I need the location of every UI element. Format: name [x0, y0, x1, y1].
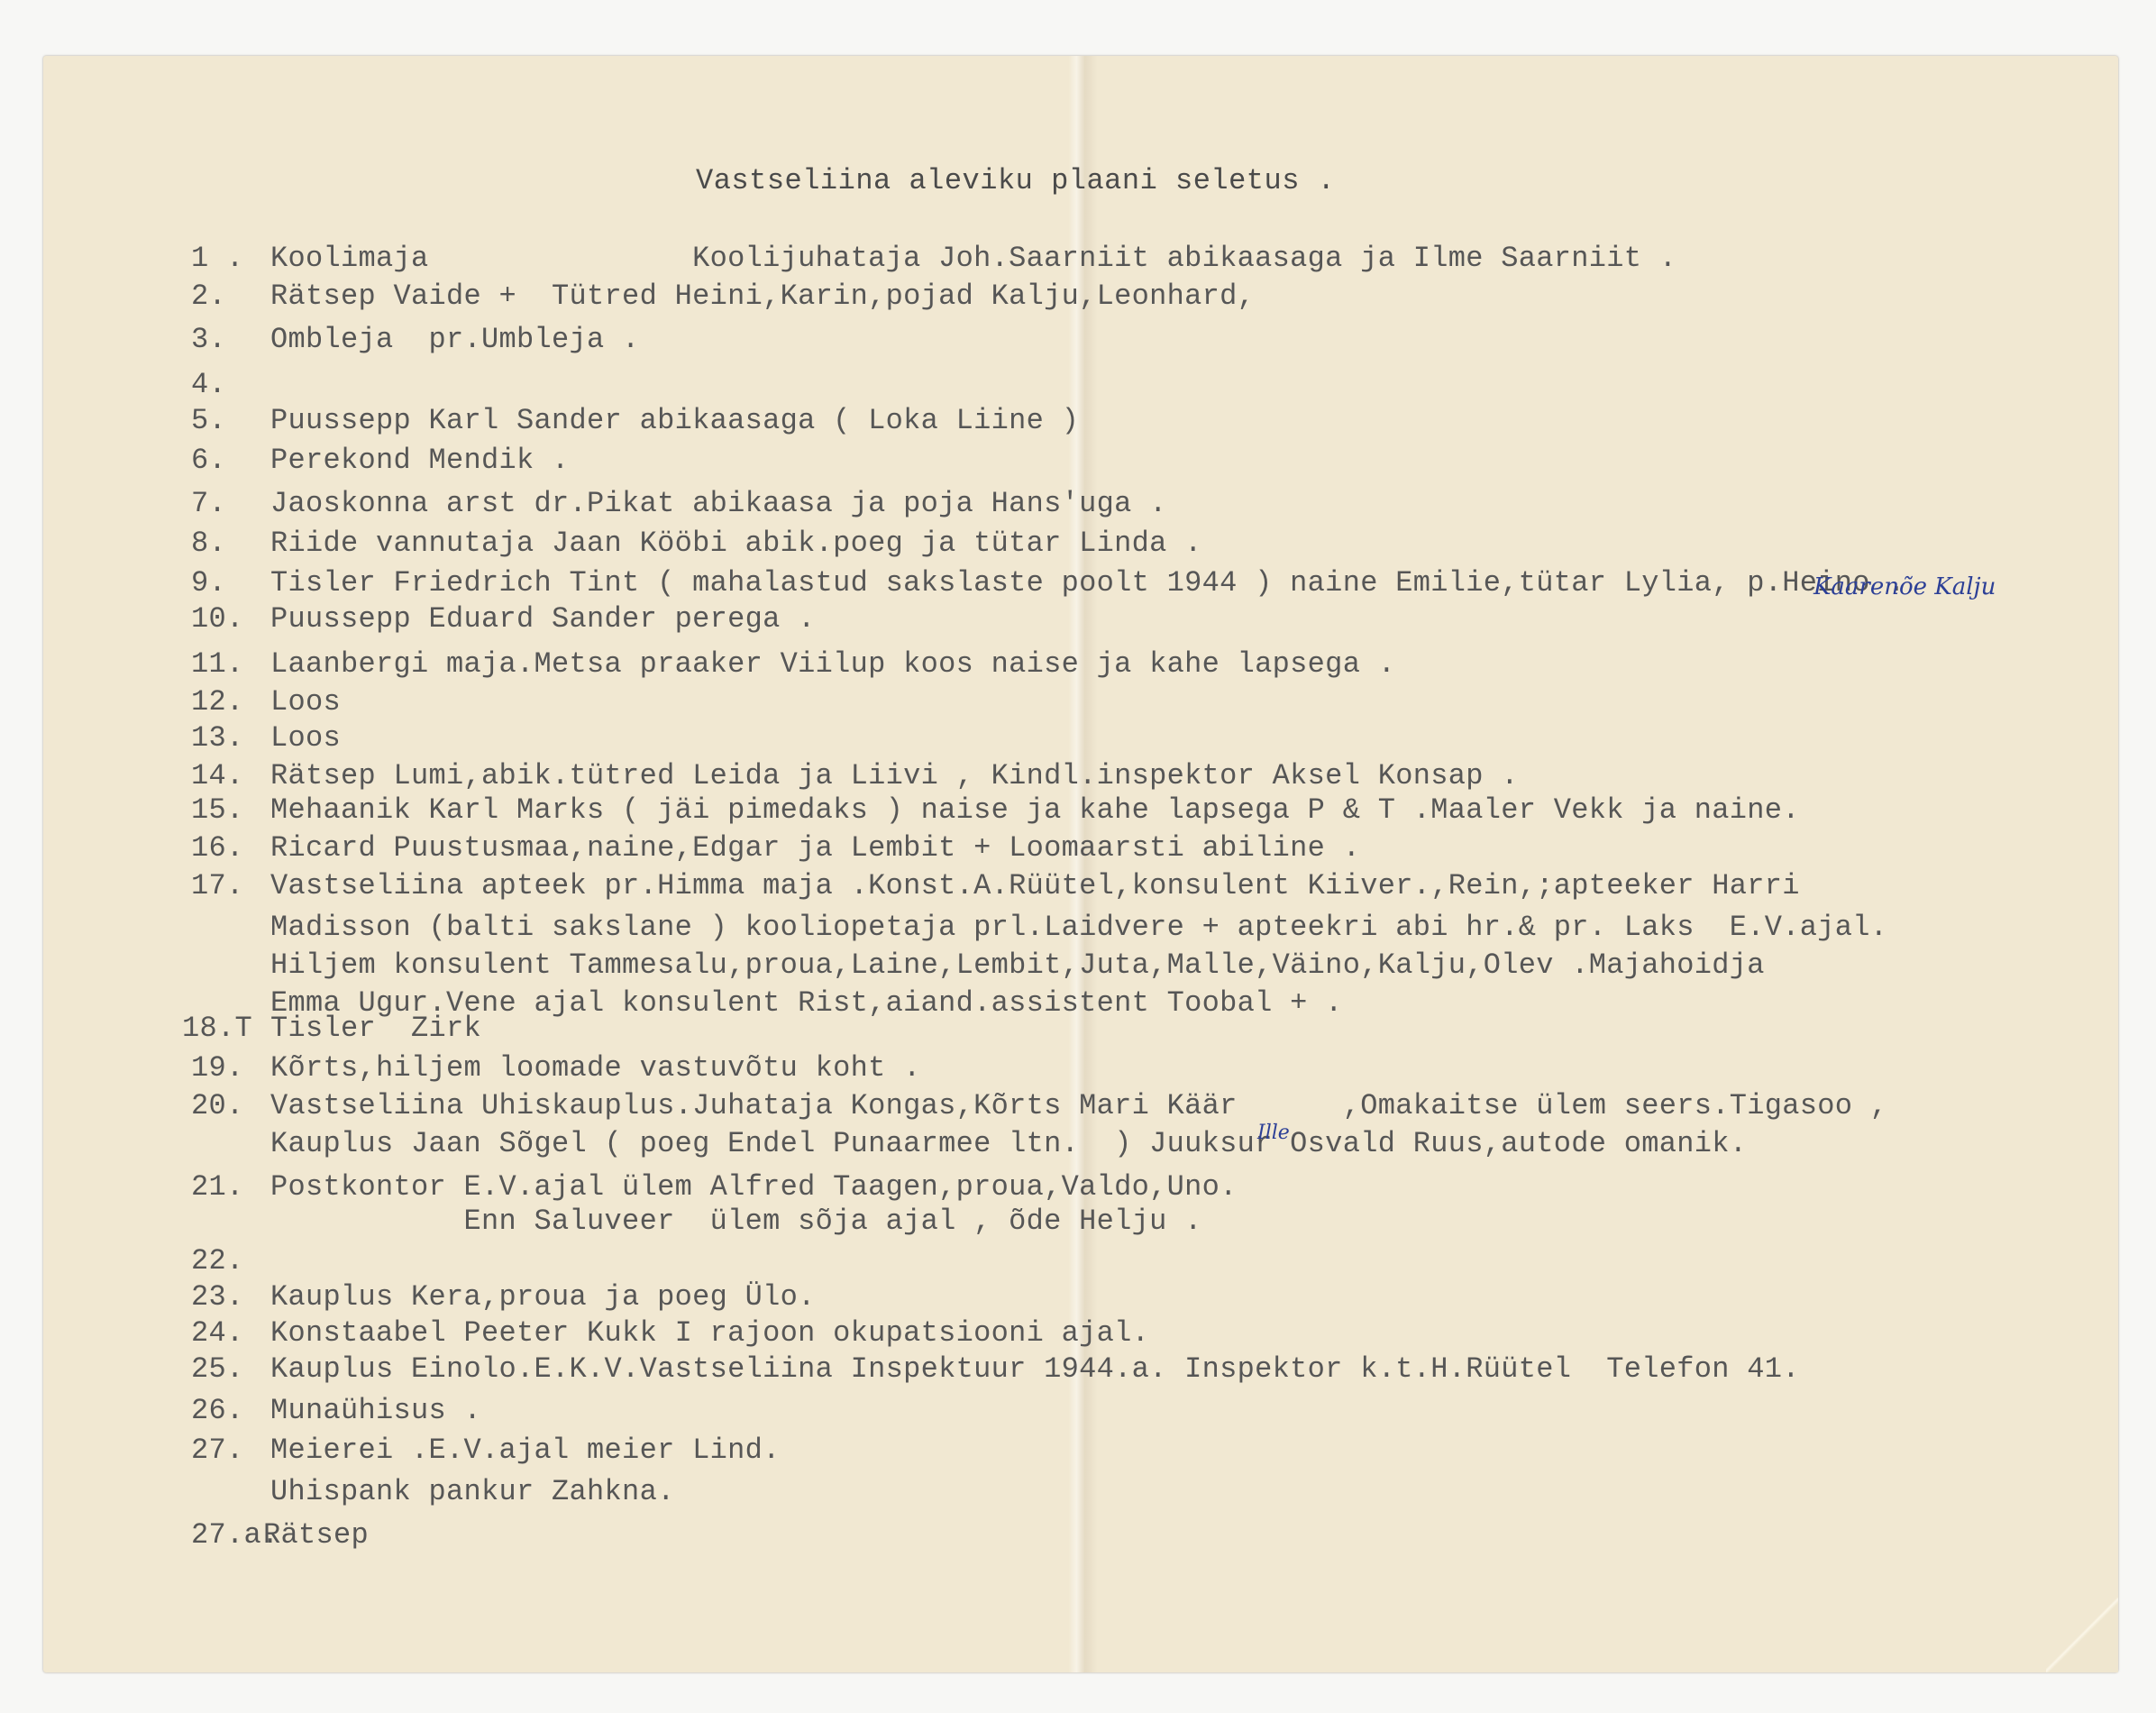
entry-number: 19.: [191, 1051, 244, 1085]
entry-text: Kauplus Jaan Sõgel ( poeg Endel Punaarme…: [270, 1127, 1747, 1160]
entry-text: Loos: [270, 685, 341, 719]
entry-text: Loos: [270, 721, 341, 755]
entry-text: Vastseliina Uhiskauplus.Juhataja Kongas,…: [270, 1089, 1887, 1122]
entry-number: 14.: [191, 759, 244, 792]
entry-text: Hiljem konsulent Tammesalu,proua,Laine,L…: [270, 948, 1765, 982]
entry-number: 6.: [191, 444, 226, 477]
folded-corner: [2046, 1598, 2118, 1672]
entry-text: Kõrts,hiljem loomade vastuvõtu koht .: [270, 1051, 921, 1085]
entry-number: 13.: [191, 721, 244, 755]
entry-number: 25.: [191, 1352, 244, 1386]
entry-text: Enn Saluveer ülem sõja ajal , õde Helju …: [270, 1205, 1202, 1238]
entry-text: Kauplus Einolo.E.K.V.Vastseliina Inspekt…: [270, 1352, 1800, 1386]
entry-number: 23.: [191, 1280, 244, 1314]
entry-number: 18.T: [182, 1012, 252, 1045]
entry-text: Konstaabel Peeter Kukk I rajoon okupatsi…: [270, 1316, 1149, 1350]
entry-number: 20.: [191, 1089, 244, 1122]
entry-text: Madisson (balti sakslane ) kooliopetaja …: [270, 911, 1887, 944]
entry-text: Rätsep: [263, 1518, 369, 1552]
entry-text: Laanbergi maja.Metsa praaker Viilup koos…: [270, 647, 1395, 681]
entry-number: 3.: [191, 323, 226, 356]
entry-text: Meierei .E.V.ajal meier Lind.: [270, 1434, 781, 1467]
entry-text: Mehaanik Karl Marks ( jäi pimedaks ) nai…: [270, 793, 1800, 827]
entry-number: 27.: [191, 1434, 244, 1467]
entry-number: 10.: [191, 602, 244, 636]
entry-number: 15.: [191, 793, 244, 827]
entry-number: 2.: [191, 279, 226, 313]
entry-text: Tisler Friedrich Tint ( mahalastud saksl…: [270, 566, 1905, 600]
entry-text: Rätsep Vaide + Tütred Heini,Karin,pojad …: [270, 279, 1255, 313]
handwritten-note-item9: Kaarenõe Kalju: [1813, 573, 1996, 600]
entry-text: Perekond Mendik .: [270, 444, 570, 477]
entry-number: 12.: [191, 685, 244, 719]
entry-text: Ricard Puustusmaa,naine,Edgar ja Lembit …: [270, 831, 1360, 865]
entry-text: Postkontor E.V.ajal ülem Alfred Taagen,p…: [270, 1170, 1238, 1204]
entry-text: Kauplus Kera,proua ja poeg Ülo.: [270, 1280, 816, 1314]
handwritten-note-item21: Ille: [1257, 1122, 1290, 1144]
entry-number: 5.: [191, 404, 226, 437]
entry-text: Tisler Zirk: [270, 1012, 481, 1045]
entry-number: 9.: [191, 566, 226, 600]
entry-number: 4.: [191, 368, 226, 401]
entry-number: 21.: [191, 1170, 244, 1204]
entry-text: Puussepp Eduard Sander perega .: [270, 602, 816, 636]
entry-text: Jaoskonna arst dr.Pikat abikaasa ja poja…: [270, 487, 1167, 520]
entry-number: 22.: [191, 1244, 244, 1278]
entry-number: 8.: [191, 527, 226, 560]
entry-text: Riide vannutaja Jaan Kööbi abik.poeg ja …: [270, 527, 1202, 560]
entry-number: 26.: [191, 1394, 244, 1427]
entry-number: 16.: [191, 831, 244, 865]
entry-text: Puussepp Karl Sander abikaasaga ( Loka L…: [270, 404, 1079, 437]
entry-text: Koolimaja Koolijuhataja Joh.Saarniit abi…: [270, 242, 1676, 275]
entry-text: Vastseliina apteek pr.Himma maja .Konst.…: [270, 869, 1800, 902]
entry-number: 24.: [191, 1316, 244, 1350]
entry-text: Uhispank pankur Zahkna.: [270, 1475, 675, 1508]
entry-text: Rätsep Lumi,abik.tütred Leida ja Liivi ,…: [270, 759, 1519, 792]
document-title: Vastseliina aleviku plaani seletus .: [696, 164, 1335, 197]
entry-number: 7.: [191, 487, 226, 520]
entry-text: Munaühisus .: [270, 1394, 481, 1427]
entry-number: 1 .: [191, 242, 244, 275]
entry-number: 17.: [191, 869, 244, 902]
entry-text: Ombleja pr.Umbleja .: [270, 323, 640, 356]
entry-number: 11.: [191, 647, 244, 681]
